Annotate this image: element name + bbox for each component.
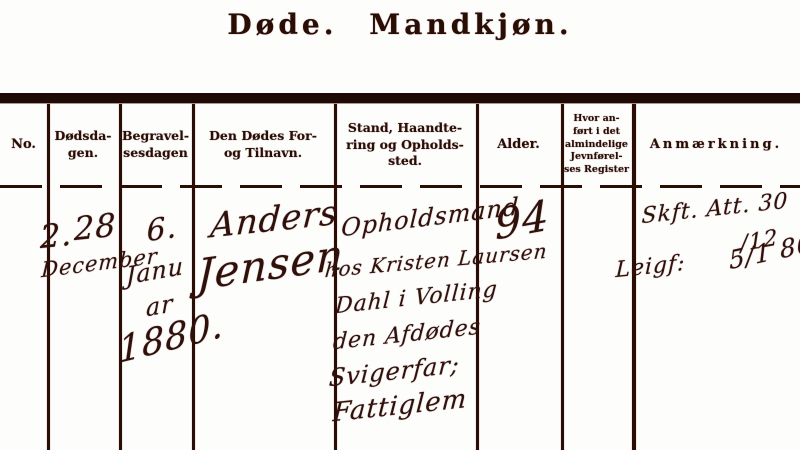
- header-line: Dødsda-: [55, 128, 112, 145]
- handwritten-entry-number: 2.: [40, 215, 72, 257]
- header-line: gen.: [68, 145, 98, 162]
- header-line: almindelige: [565, 139, 628, 152]
- header-line: Hvor an-: [573, 113, 619, 126]
- column-header-occupation: Stand, Haandte- ring og Opholds- sted.: [334, 104, 476, 186]
- handwritten-occupation-line: den Afdødes: [332, 314, 482, 355]
- header-line: Alder.: [497, 136, 540, 154]
- handwritten-burial-day: 6.: [146, 210, 178, 249]
- column-header-age: Alder.: [476, 104, 561, 186]
- header-line: Anmærkning.: [650, 136, 782, 154]
- header-line: ring og Opholds-: [346, 137, 464, 154]
- column-header-register: Hvor an- ført i det almindelige Jevnføre…: [561, 104, 632, 186]
- handwritten-age: 94: [494, 190, 550, 249]
- table-top-rule: [0, 93, 800, 103]
- page-title: Døde. Mandkjøn.: [0, 8, 800, 41]
- header-line: No.: [11, 136, 36, 154]
- handwritten-death-day: 28: [74, 206, 116, 249]
- header-line: ses Register: [564, 164, 629, 177]
- header-line: sesdagen: [123, 145, 188, 162]
- header-line: ført i det: [573, 126, 620, 139]
- handwritten-remark-line: Leigf:: [615, 251, 686, 284]
- column-header-name: Den Dødes For- og Tilnavn.: [192, 104, 334, 186]
- header-line: Jevnførel-: [571, 151, 623, 164]
- handwritten-occupation-line: Opholdsmand: [341, 192, 520, 242]
- scanned-burial-register-page: Døde. Mandkjøn. No. Dødsda- gen. Begrave…: [0, 0, 800, 450]
- handwritten-remark-line: Skft. Att. 30: [641, 189, 789, 230]
- column-header-no: No.: [0, 104, 47, 186]
- column-header-burial-day: Begravel- sesdagen: [119, 104, 192, 186]
- handwritten-occupation-line: Fattiglem: [332, 384, 468, 428]
- header-line: og Tilnavn.: [224, 145, 302, 162]
- header-line: Den Dødes For-: [209, 128, 317, 145]
- header-line: sted.: [388, 153, 422, 170]
- column-header-remarks: Anmærkning.: [632, 104, 800, 186]
- column-header-death-day: Dødsda- gen.: [47, 104, 119, 186]
- header-line: Stand, Haandte-: [348, 120, 462, 137]
- header-line: Begravel-: [122, 128, 189, 145]
- handwritten-occupation-line: Dahl i Volling: [334, 277, 498, 319]
